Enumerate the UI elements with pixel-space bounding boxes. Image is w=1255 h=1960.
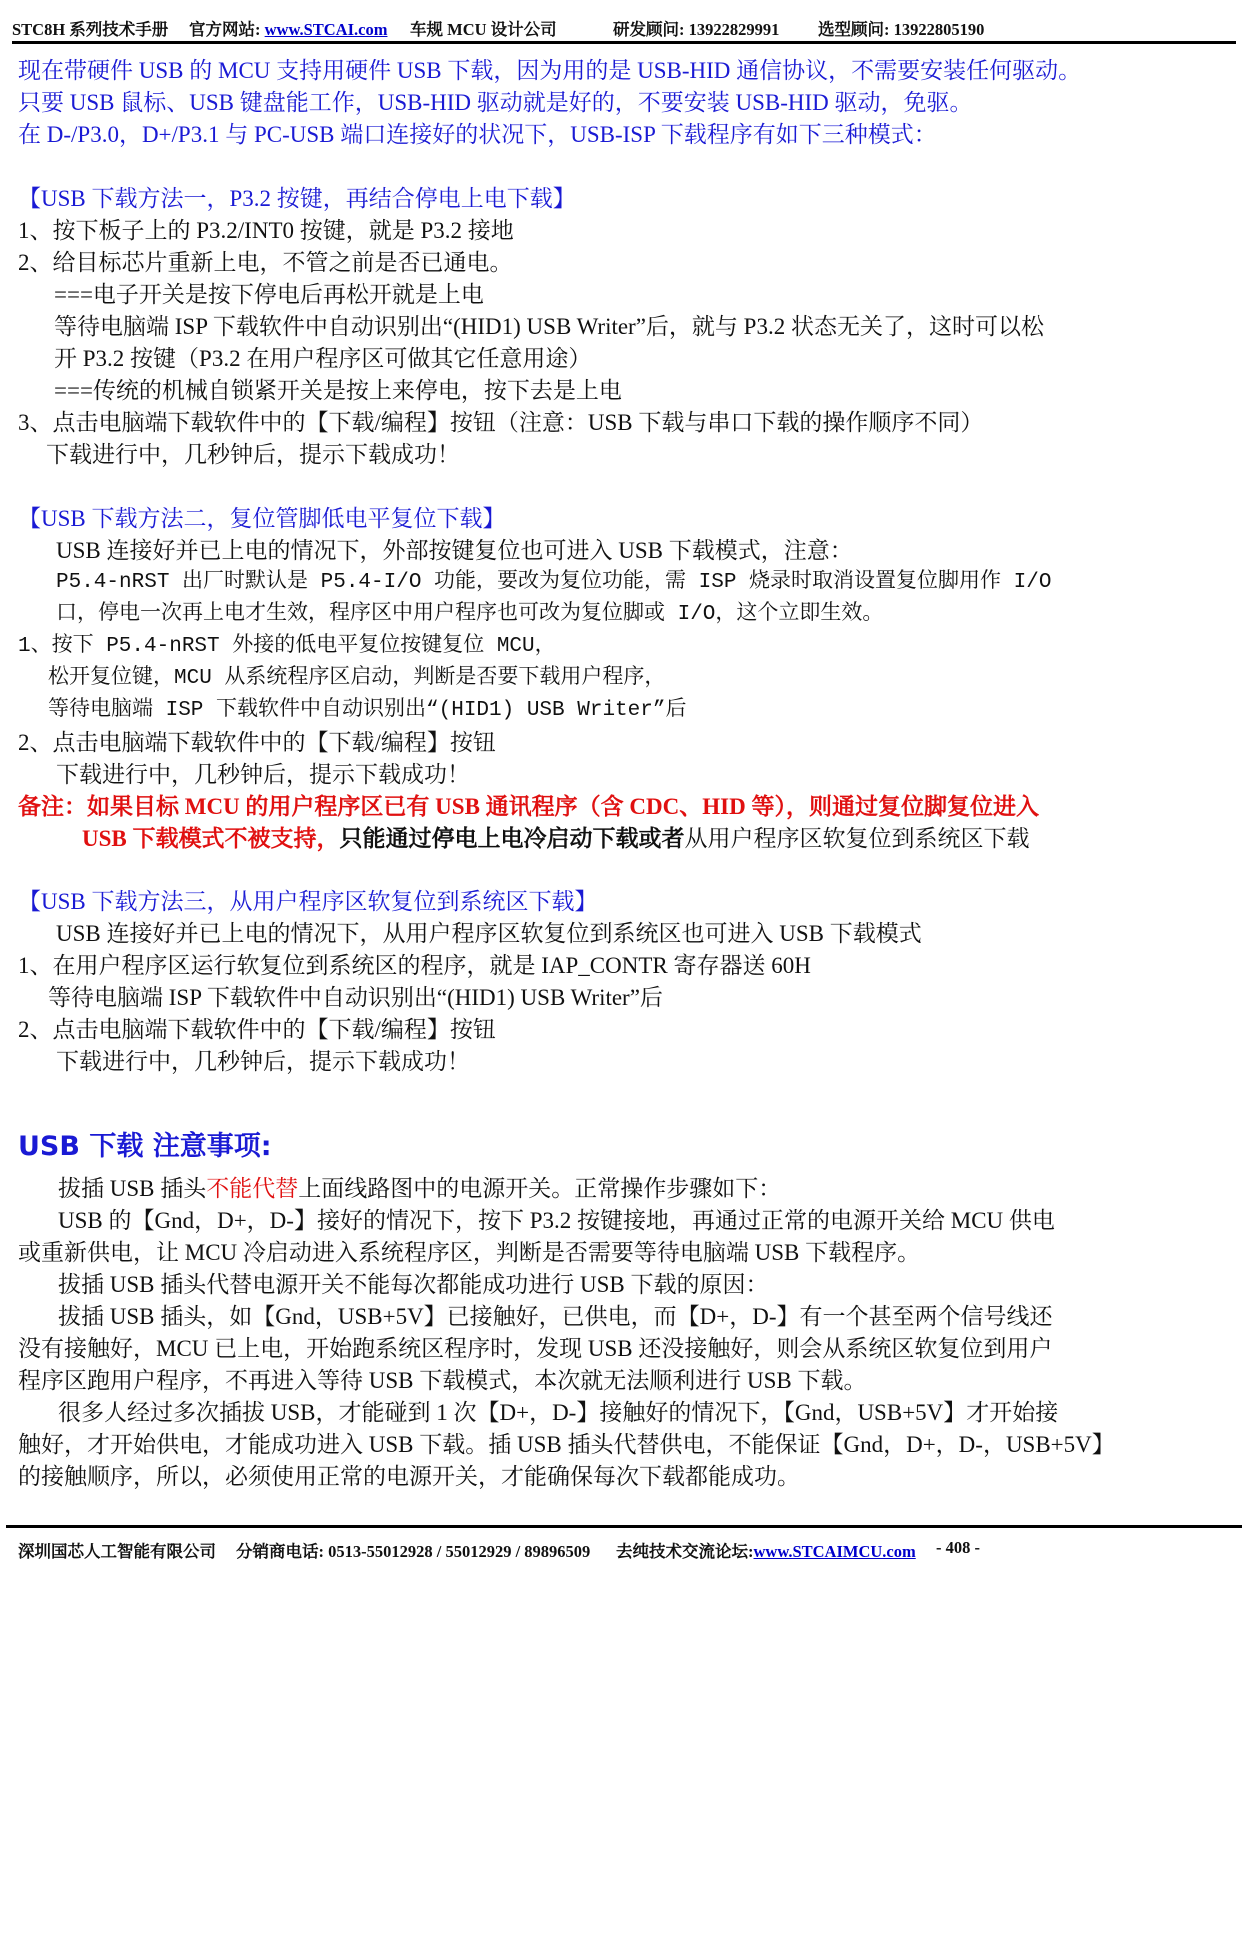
rd-consultant: 研发顾问: 13922829991 (613, 16, 779, 40)
notes-line: 或重新供电，让 MCU 冷启动进入系统程序区，判断是否需要等待电脑端 USB 下… (18, 1238, 920, 1270)
method3-step: 等待电脑端 ISP 下载软件中自动识别出“(HID1) USB Writer”后 (48, 983, 663, 1015)
notes-text: 拔插 USB 插头 (58, 1176, 206, 1201)
notes-line: 拔插 USB 插头代替电源开关不能每次都能成功进行 USB 下载的原因： (58, 1270, 768, 1302)
method1-step: ===传统的机械自锁紧开关是按上来停电，按下去是上电 (54, 376, 622, 408)
forum-link[interactable]: www.STCAIMCU.com (754, 1542, 916, 1561)
intro-line: 在 D-/P3.0，D+/P3.1 与 PC-USB 端口连接好的状况下，USB… (18, 120, 937, 152)
method3-title: 【USB 下载方法三，从用户程序区软复位到系统区下载】 (18, 887, 598, 919)
page-footer: 深圳国芯人工智能有限公司 分销商电话: 0513-55012928 / 5501… (6, 1538, 1246, 1566)
method2-step: USB 连接好并已上电的情况下，外部按键复位也可进入 USB 下载模式，注意： (56, 536, 853, 568)
intro-line: 现在带硬件 USB 的 MCU 支持用硬件 USB 下载，因为用的是 USB-H… (18, 56, 1081, 88)
method2-step: 口，停电一次再上电才生效，程序区中用户程序也可改为复位脚或 I/O，这个立即生效… (56, 600, 883, 632)
method1-step: 等待电脑端 ISP 下载软件中自动识别出“(HID1) USB Writer”后… (54, 312, 1044, 344)
method2-step: 下载进行中，几秒钟后，提示下载成功！ (56, 760, 470, 792)
footer-phone: 分销商电话: 0513-55012928 / 55012929 / 898965… (236, 1538, 590, 1562)
notes-line: 很多人经过多次插拔 USB，才能碰到 1 次【D+，D-】接触好的情况下，【Gn… (58, 1398, 1058, 1430)
footer-divider (6, 1525, 1242, 1528)
method2-step: 1、按下 P5.4-nRST 外接的低电平复位按键复位 MCU， (18, 632, 556, 664)
header-divider (12, 41, 1236, 44)
website-link[interactable]: www.STCAI.com (265, 20, 388, 39)
intro-line: 只要 USB 鼠标、USB 键盘能工作，USB-HID 驱动就是好的，不要安装 … (18, 88, 973, 120)
notes-line: 拔插 USB 插头，如【Gnd，USB+5V】已接触好，已供电，而【D+，D-】… (58, 1302, 1053, 1334)
method1-step: ===电子开关是按下停电后再松开就是上电 (54, 280, 484, 312)
method2-title: 【USB 下载方法二，复位管脚低电平复位下载】 (18, 504, 506, 536)
method2-note: 备注：如果目标 MCU 的用户程序区已有 USB 通讯程序（含 CDC、HID … (18, 792, 1039, 824)
website: 官方网站: www.STCAI.com (189, 16, 387, 40)
notes-line: 没有接触好，MCU 已上电，开始跑系统区程序时，发现 USB 还没接触好，则会从… (18, 1334, 1052, 1366)
method2-step: 2、点击电脑端下载软件中的【下载/编程】按钮 (18, 728, 496, 760)
method1-step: 2、给目标芯片重新上电，不管之前是否已通电。 (18, 248, 513, 280)
method3-step: 1、在用户程序区运行软复位到系统区的程序，就是 IAP_CONTR 寄存器送 6… (18, 951, 811, 983)
notes-title: USB 下载 注意事项: (18, 1124, 272, 1163)
method1-step: 开 P3.2 按键（P3.2 在用户程序区可做其它任意用途） (54, 344, 591, 376)
website-label: 官方网站: (189, 20, 265, 39)
manual-title: STC8H 系列技术手册 (12, 16, 168, 40)
notes-line: 程序区跑用户程序，不再进入等待 USB 下载模式，本次就无法顺利进行 USB 下… (18, 1366, 866, 1398)
page-header: STC8H 系列技术手册 官方网站: www.STCAI.com 车规 MCU … (12, 14, 1236, 42)
notes-paragraph: 拔插 USB 插头不能代替上面线路图中的电源开关。正常操作步骤如下： (58, 1174, 781, 1206)
method2-step: 等待电脑端 ISP 下载软件中自动识别出“(HID1) USB Writer”后 (48, 696, 686, 728)
company-tagline: 车规 MCU 设计公司 (410, 16, 557, 40)
notes-text: 上面线路图中的电源开关。正常操作步骤如下： (298, 1176, 781, 1201)
method1-step: 下载进行中，几秒钟后，提示下载成功！ (46, 440, 460, 472)
method2-step: 松开复位键，MCU 从系统程序区启动，判断是否要下载用户程序， (48, 664, 665, 696)
method3-step: 2、点击电脑端下载软件中的【下载/编程】按钮 (18, 1015, 496, 1047)
forum-label: 去纯技术交流论坛: (616, 1542, 754, 1561)
sales-consultant: 选型顾问: 13922805190 (818, 16, 984, 40)
note-unsupported: USB 下载模式不被支持， (82, 826, 340, 851)
method3-step: 下载进行中，几秒钟后，提示下载成功！ (56, 1047, 470, 1079)
notes-line: 的接触顺序，所以，必须使用正常的电源开关，才能确保每次下载都能成功。 (18, 1462, 800, 1494)
note-coldboot: 只能通过停电上电冷启动下载或者 (340, 826, 685, 851)
method1-step: 1、按下板子上的 P3.2/INT0 按键，就是 P3.2 接地 (18, 216, 514, 248)
notes-line: 触好，才开始供电，才能成功进入 USB 下载。插 USB 插头代替供电，不能保证… (18, 1430, 1115, 1462)
footer-forum: 去纯技术交流论坛:www.STCAIMCU.com (616, 1538, 916, 1562)
method1-title: 【USB 下载方法一，P3.2 按键，再结合停电上电下载】 (18, 184, 576, 216)
note-softreset: 从用户程序区软复位到系统区下载 (685, 826, 1030, 851)
notes-emphasis: 不能代替 (206, 1176, 298, 1201)
method2-note-continued: USB 下载模式不被支持，只能通过停电上电冷启动下载或者从用户程序区软复位到系统… (82, 824, 1030, 856)
footer-company: 深圳国芯人工智能有限公司 (18, 1538, 216, 1562)
page-number: - 408 - (936, 1538, 980, 1558)
method1-step: 3、点击电脑端下载软件中的【下载/编程】按钮（注意：USB 下载与串口下载的操作… (18, 408, 983, 440)
notes-line: USB 的【Gnd，D+，D-】接好的情况下，按下 P3.2 按键接地，再通过正… (58, 1206, 1055, 1238)
method2-step: P5.4-nRST 出厂时默认是 P5.4-I/O 功能，要改为复位功能，需 I… (56, 568, 1051, 600)
method3-step: USB 连接好并已上电的情况下，从用户程序区软复位到系统区也可进入 USB 下载… (56, 919, 922, 951)
